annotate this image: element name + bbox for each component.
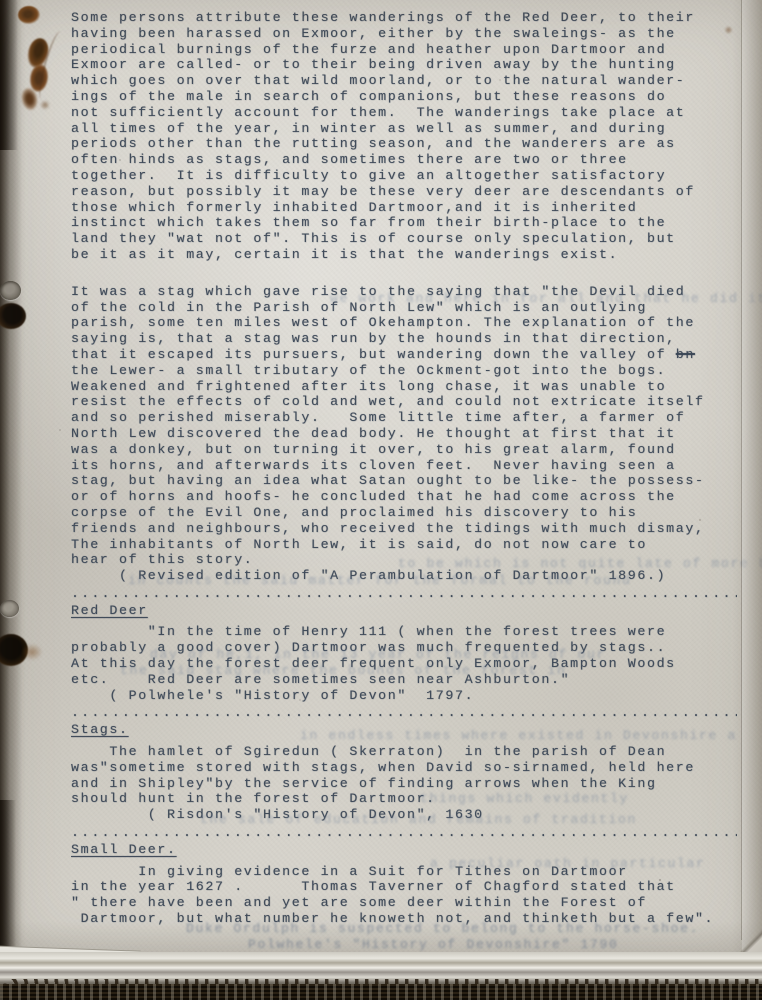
section-stags: Stags. The hamlet of Sgiredun ( Skerrato… [71, 721, 747, 823]
page-edge-shade [742, 0, 762, 966]
section-heading-small-deer: Small Deer. [71, 842, 177, 858]
rust-stain [20, 87, 39, 112]
paragraph-red-deer-wanderings: Some persons attribute these wanderings … [71, 10, 747, 263]
section-text: "In the time of Henry 111 ( when the for… [71, 624, 747, 703]
dotted-separator: ........................................… [71, 586, 737, 602]
struck-text: bn [676, 347, 695, 362]
binding-shadow-top [0, 0, 18, 150]
paragraph-devil-died-north-lew: It was a stag which gave rise to the say… [71, 284, 747, 584]
paragraph-text: It was a stag which gave rise to the say… [71, 284, 747, 347]
strike-before-text: that it escaped its pursuers, but wander… [71, 347, 676, 362]
paper-page: Some persons attribute these wanderings … [0, 0, 762, 966]
section-heading-red-deer: Red Deer [71, 603, 148, 619]
typed-text: Some persons attribute these wanderings … [71, 10, 747, 956]
dark-cloth-background [0, 984, 762, 1000]
ring-rust-halo [22, 644, 42, 660]
scanned-page-photo: Some persons attribute these wanderings … [0, 0, 762, 1000]
line-with-strikeout: that it escaped its pursuers, but wander… [71, 347, 747, 363]
section-text: In giving evidence in a Suit for Tithes … [71, 864, 747, 927]
rust-stain [40, 100, 50, 110]
binder-hole [0, 281, 21, 300]
dotted-separator: ........................................… [71, 825, 737, 841]
binder-hole [0, 600, 19, 617]
binder-ring [0, 303, 26, 329]
section-heading-stags: Stags. [71, 722, 129, 738]
section-text: The hamlet of Sgiredun ( Skerraton) in t… [71, 744, 747, 823]
section-small-deer: Small Deer. In giving evidence in a Suit… [71, 841, 747, 927]
dotted-separator: ........................................… [71, 705, 737, 721]
ink-streak [35, 29, 68, 100]
section-red-deer: Red Deer "In the time of Henry 111 ( whe… [71, 602, 747, 704]
binding-shadow-bottom [0, 800, 16, 966]
paragraph-text: Some persons attribute these wanderings … [71, 10, 747, 263]
paragraph-text: the Lewer- a small tributary of the Ockm… [71, 363, 747, 584]
